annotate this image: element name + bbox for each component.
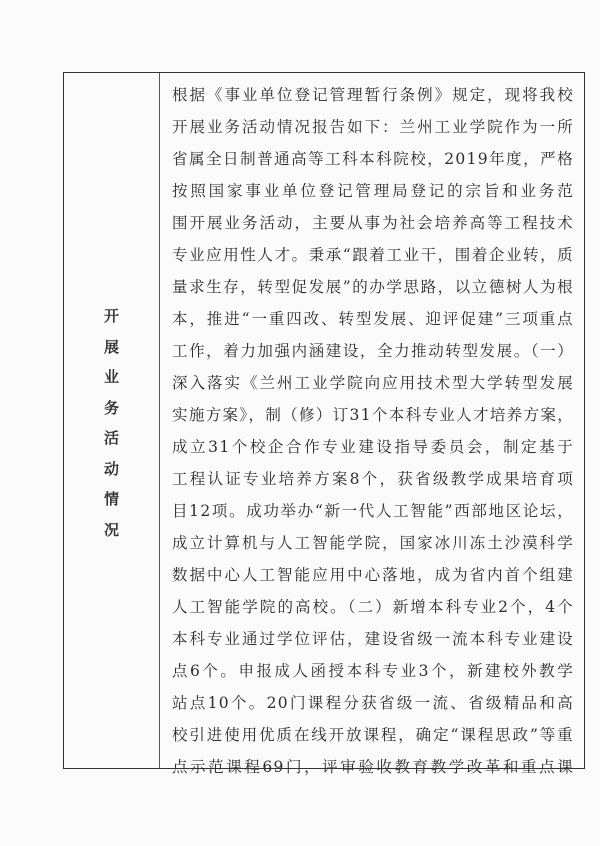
section-content-cell: 根据《事业单位登记管理暂行条例》规定，现将我校 开展业务活动情况报告如下：兰州工… <box>160 73 584 768</box>
section-title-char: 况 <box>104 515 119 546</box>
text-line: 成立31个校企合作专业建设指导委员会，制定基于 <box>172 431 574 463</box>
section-title-char: 展 <box>104 332 119 363</box>
text-line: 工作，着力加强内涵建设，全力推动转型发展。（一） <box>172 335 574 367</box>
text-line: 成立计算机与人工智能学院，国家冰川冻土沙漠科学 <box>172 527 574 559</box>
text-line: 专业应用性人才。秉承“跟着工业干，围着企业转，质 <box>172 239 574 271</box>
text-line: 围开展业务活动，主要从事为社会培养高等工程技术 <box>172 207 574 239</box>
text-line: 根据《事业单位登记管理暂行条例》规定，现将我校 <box>172 79 574 111</box>
section-title-char: 业 <box>104 362 119 393</box>
text-line: 实施方案》，制（修）订31个本科专业人才培养方案， <box>172 399 574 431</box>
section-title-char: 务 <box>104 393 119 424</box>
section-title-char: 情 <box>104 484 119 515</box>
section-title-char: 开 <box>104 301 119 332</box>
text-line: 站点10个。20门课程分获省级一流、省级精品和高 <box>172 687 574 719</box>
text-line: 省属全日制普通高等工科本科院校，2019年度，严格 <box>172 143 574 175</box>
section-title-char: 活 <box>104 423 119 454</box>
text-line: 点示范课程69门，评审验收教育教学改革和重点课 <box>172 751 574 783</box>
text-line: 开展业务活动情况报告如下：兰州工业学院作为一所 <box>172 111 574 143</box>
text-line: 工程认证专业培养方案8个，获省级教学成果培育项 <box>172 463 574 495</box>
text-line: 本，推进“一重四改、转型发展、迎评促建”三项重点 <box>172 303 574 335</box>
section-title-char: 动 <box>104 454 119 485</box>
text-line: 数据中心人工智能应用中心落地，成为省内首个组建 <box>172 559 574 591</box>
text-line: 量求生存，转型促发展”的办学思路，以立德树人为根 <box>172 271 574 303</box>
text-line: 人工智能学院的高校。（二）新增本科专业2个，4个 <box>172 591 574 623</box>
section-label-cell: 开 展 业 务 活 动 情 况 <box>64 73 160 768</box>
section-title: 开 展 业 务 活 动 情 况 <box>64 301 159 545</box>
text-line: 深入落实《兰州工业学院向应用技术型大学转型发展 <box>172 367 574 399</box>
text-line: 目12项。成功举办“新一代人工智能”西部地区论坛， <box>172 495 574 527</box>
text-line: 点6个。申报成人函授本科专业3个，新建校外教学 <box>172 655 574 687</box>
text-line: 按照国家事业单位登记管理局登记的宗旨和业务范 <box>172 175 574 207</box>
text-line: 本科专业通过学位评估，建设省级一流本科专业建设 <box>172 623 574 655</box>
text-line: 校引进使用优质在线开放课程，确定“课程思政”等重 <box>172 719 574 751</box>
report-table: 开 展 业 务 活 动 情 况 根据《事业单位登记管理暂行条例》规定，现将我校 … <box>63 72 585 769</box>
